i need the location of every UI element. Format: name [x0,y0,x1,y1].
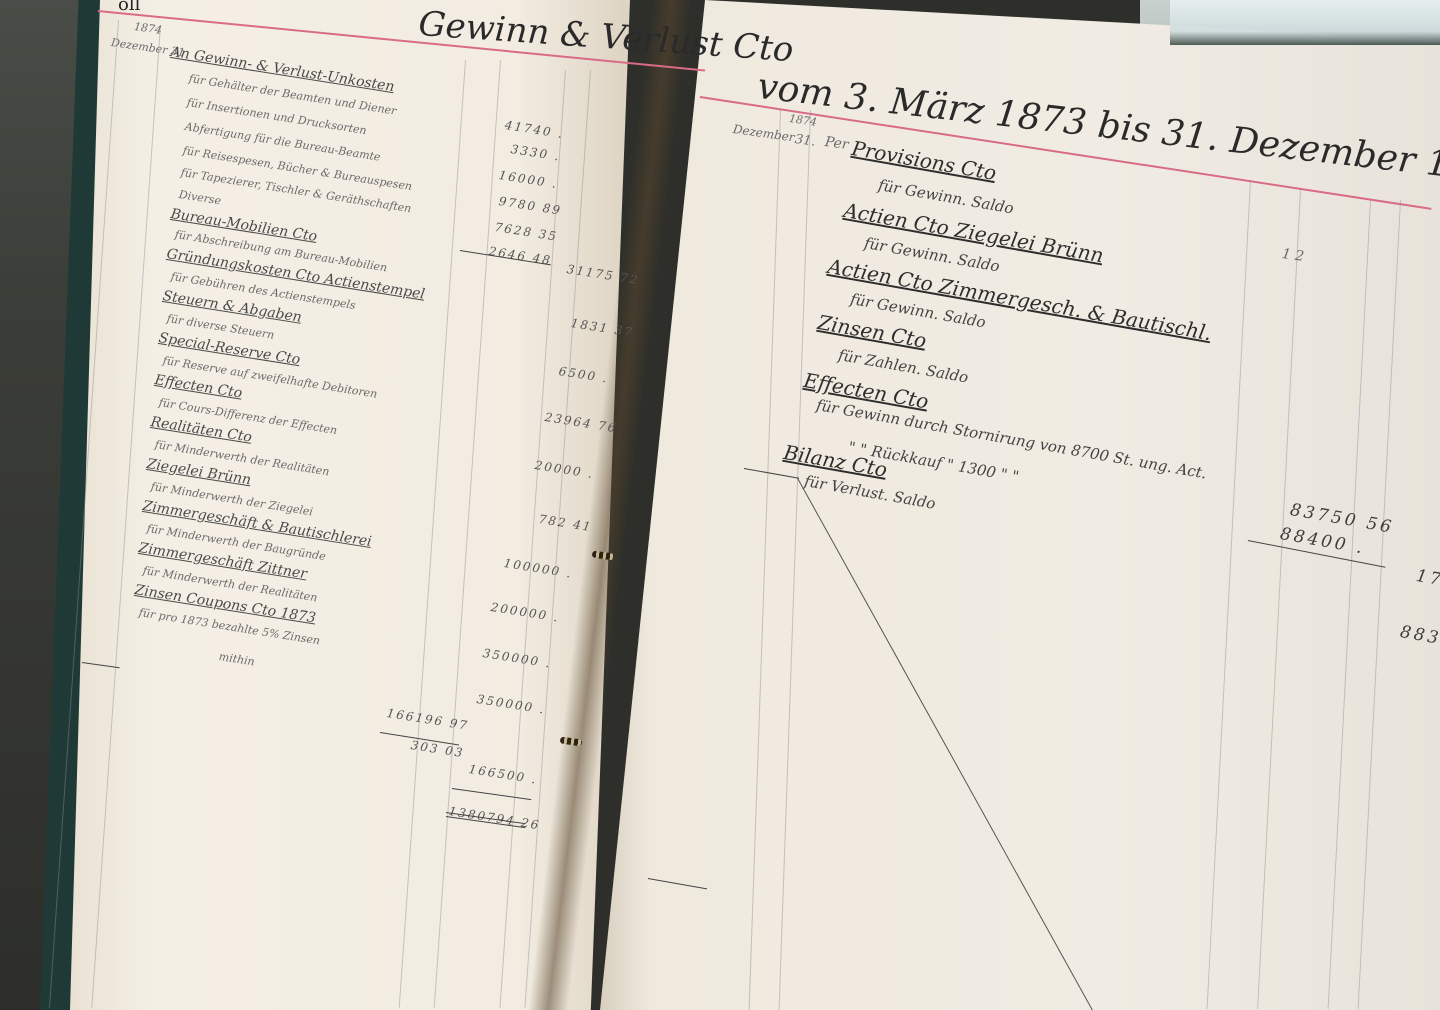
per-prefix: Per [824,134,850,153]
glass-reflection [1170,0,1440,45]
right-date-day: 31. [794,132,817,150]
folio-number: 1 2 [1281,246,1305,265]
